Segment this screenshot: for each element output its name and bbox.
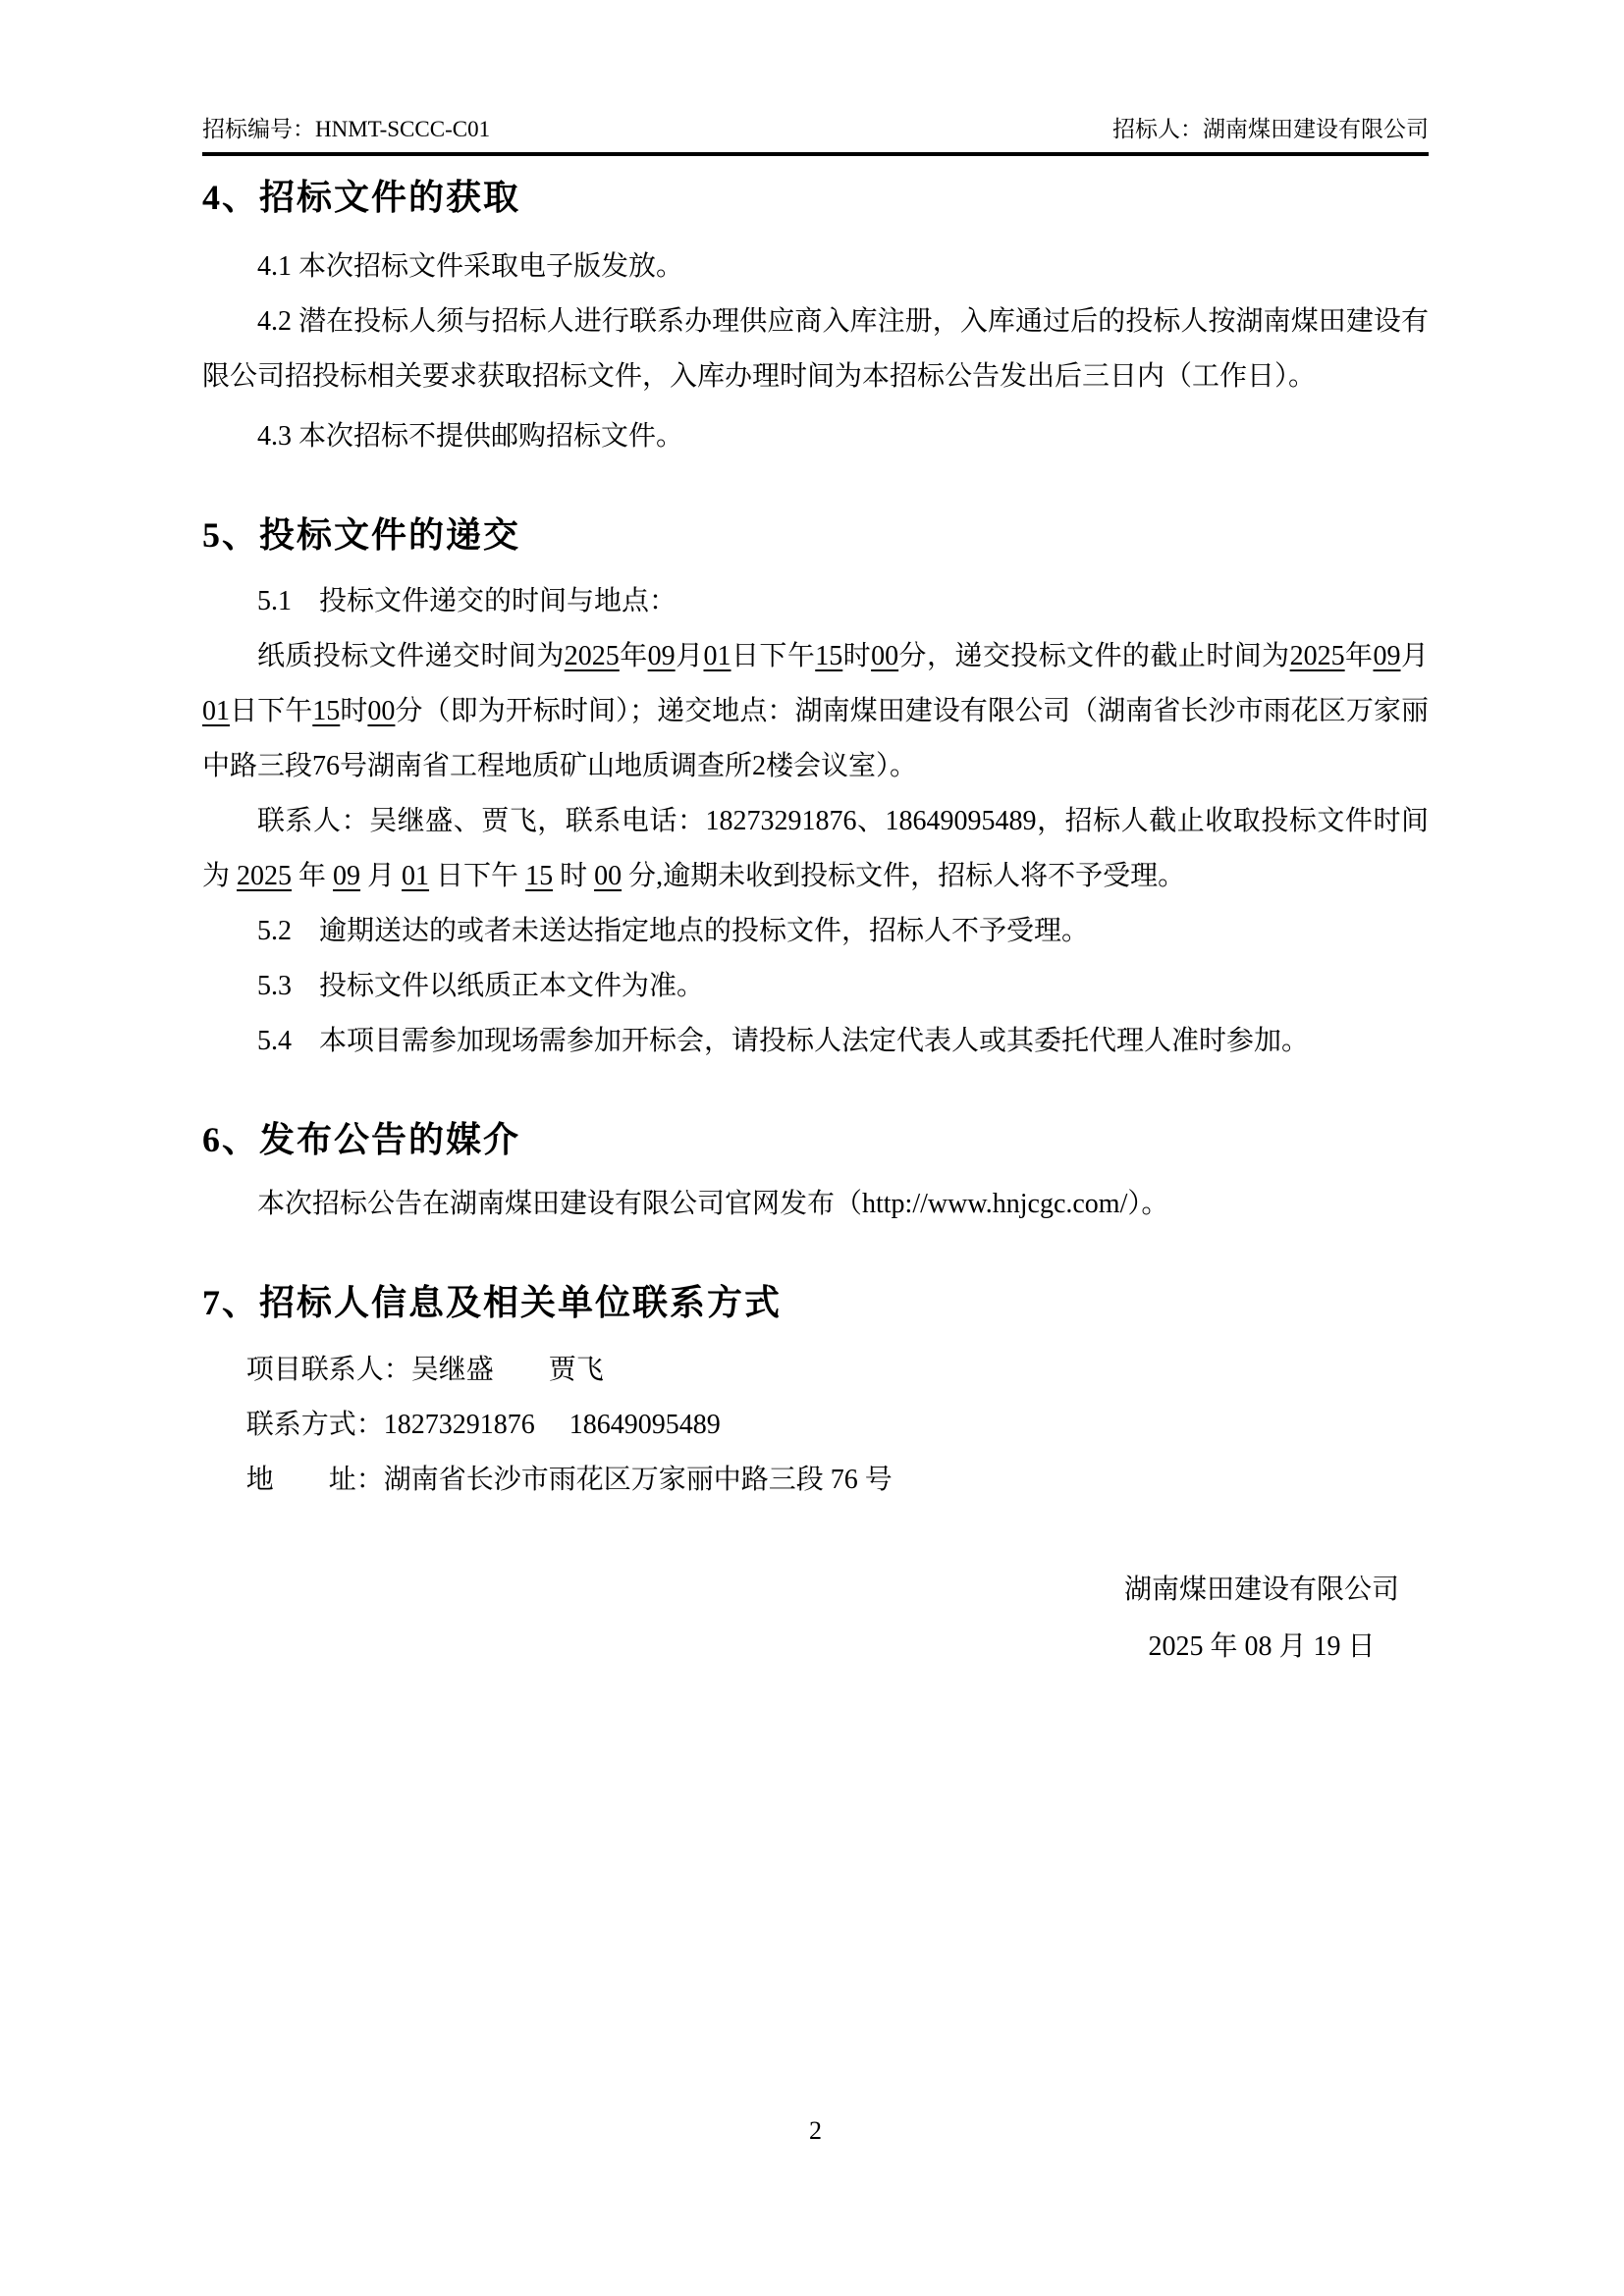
para-5-1-detail: 纸质投标文件递交时间为2025年09月01日下午15时00分，递交投标文件的截止…	[202, 629, 1429, 794]
para-4-1: 4.1 本次招标文件采取电子版发放。	[202, 240, 1429, 294]
section-5-title: 5、投标文件的递交	[202, 512, 1429, 558]
para-5-1-contacts: 联系人：吴继盛、贾飞，联系电话：18273291876、18649095489，…	[202, 794, 1429, 904]
document-content: 招标编号：HNMT-SCCC-C01 招标人：湖南煤田建设有限公司 4、招标文件…	[202, 0, 1429, 1676]
page-number: 2	[202, 2116, 1429, 2146]
signature-date: 2025 年 08 月 19 日	[1095, 1619, 1429, 1676]
project-contact-line: 项目联系人：吴继盛 贾飞	[202, 1343, 1429, 1398]
document-page: 招标编号：HNMT-SCCC-C01 招标人：湖南煤田建设有限公司 4、招标文件…	[0, 0, 1624, 2296]
contact-phone-line: 联系方式：18273291876 18649095489	[202, 1398, 1429, 1453]
section-4-title: 4、招标文件的获取	[202, 175, 1429, 220]
header-tenderer: 招标人：湖南煤田建设有限公司	[1112, 114, 1429, 145]
signature-company: 湖南煤田建设有限公司	[1095, 1562, 1429, 1619]
header-tender-number: 招标编号：HNMT-SCCC-C01	[202, 114, 490, 145]
para-4-3: 4.3 本次招标不提供邮购招标文件。	[202, 409, 1429, 464]
section-6-title: 6、发布公告的媒介	[202, 1117, 1429, 1162]
signature-block: 湖南煤田建设有限公司 2025 年 08 月 19 日	[1095, 1562, 1429, 1676]
para-5-3: 5.3 投标文件以纸质正本文件为准。	[202, 959, 1429, 1014]
para-6-1: 本次招标公告在湖南煤田建设有限公司官网发布（http://www.hnjcgc.…	[202, 1177, 1429, 1232]
para-4-2: 4.2 潜在投标人须与招标人进行联系办理供应商入库注册，入库通过后的投标人按湖南…	[202, 294, 1429, 404]
para-5-4: 5.4 本项目需参加现场需参加开标会，请投标人法定代表人或其委托代理人准时参加。	[202, 1014, 1429, 1069]
section-7-title: 7、招标人信息及相关单位联系方式	[202, 1280, 1429, 1325]
address-line: 地 址：湖南省长沙市雨花区万家丽中路三段 76 号	[202, 1453, 1429, 1508]
para-5-1: 5.1 投标文件递交的时间与地点：	[202, 574, 1429, 629]
page-header: 招标编号：HNMT-SCCC-C01 招标人：湖南煤田建设有限公司	[202, 114, 1429, 156]
para-5-2: 5.2 逾期送达的或者未送达指定地点的投标文件，招标人不予受理。	[202, 904, 1429, 959]
